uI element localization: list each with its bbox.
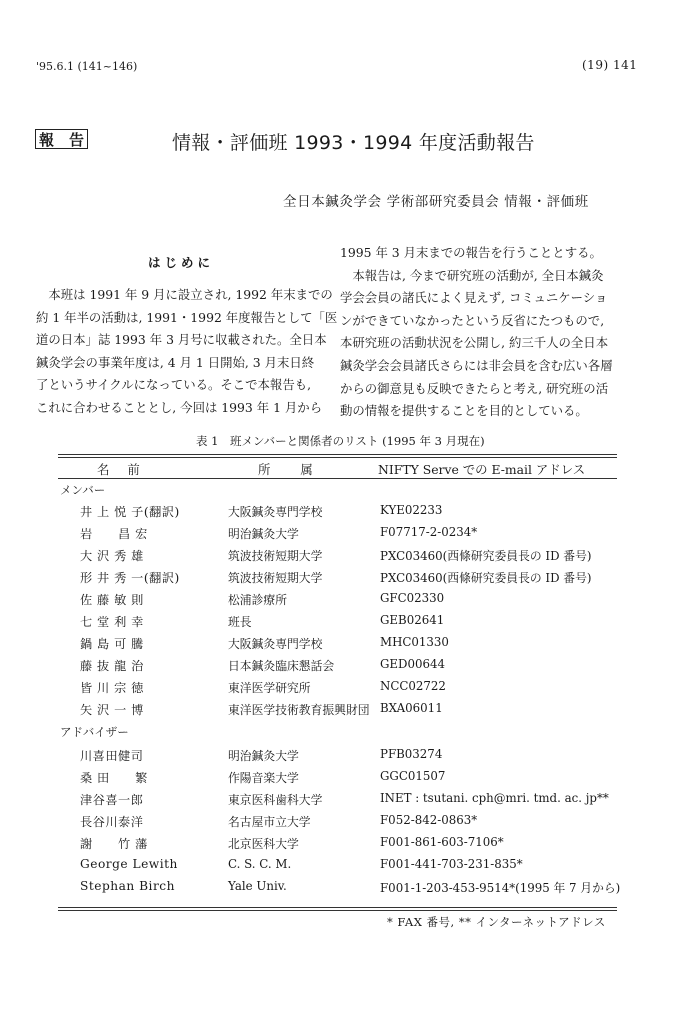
table-footnote: * FAX 番号, ** インターネットアドレス: [387, 914, 606, 930]
member-affiliation: 大阪鍼灸専門学校: [228, 635, 322, 652]
advisor-name: 川喜田健司: [80, 747, 143, 764]
advisor-affiliation: Yale Univ.: [228, 879, 287, 893]
member-affiliation: 日本鍼灸臨床懇話会: [228, 657, 334, 674]
advisor-affiliation: C. S. C. M.: [228, 857, 291, 871]
member-email: F07717-2-0234*: [380, 525, 477, 539]
intro-line: ンができていなかったという反省にたつもので,: [340, 310, 620, 333]
member-affiliation: 東洋医学研究所: [228, 679, 311, 696]
member-email: GEB02641: [380, 613, 444, 627]
member-affiliation: 筑波技術短期大学: [228, 547, 322, 564]
table-top-rule: [58, 457, 617, 458]
intro-line: 約 1 年半の活動は, 1991・1992 年度報告として「医: [36, 307, 326, 330]
member-name: 井 上 悦 子(翻訳): [80, 503, 180, 520]
member-email: NCC02722: [380, 679, 446, 693]
table-bottom-rule: [58, 910, 617, 911]
running-header-left: '95.6.1 (141~146): [36, 60, 137, 73]
table-group-label: アドバイザー: [60, 724, 129, 740]
member-affiliation: 大阪鍼灸専門学校: [228, 503, 322, 520]
table-group-label: メンバー: [60, 482, 105, 498]
intro-line: 了というサイクルになっている。そこで本報告も,: [36, 374, 326, 397]
table-bottom-rule: [58, 907, 617, 908]
member-name: 岩 昌 宏: [80, 525, 148, 542]
member-affiliation: 松浦診療所: [228, 591, 287, 608]
table-row: 七 堂 利 幸 班長 GEB02641: [0, 613, 698, 635]
intro-line: これに合わせることとし, 今回は 1993 年 1 月から: [36, 397, 326, 420]
section-label-char: 報: [39, 129, 54, 150]
advisor-affiliation: 明治鍼灸大学: [228, 747, 299, 764]
member-name: 矢 沢 一 博: [80, 701, 144, 718]
advisor-name: George Lewith: [80, 857, 178, 871]
member-affiliation: 班長: [228, 613, 252, 630]
table-row: 長谷川泰洋 名古屋市立大学 F052-842-0863*: [0, 813, 698, 835]
table-row: George Lewith C. S. C. M. F001-441-703-2…: [0, 857, 698, 879]
advisor-name: Stephan Birch: [80, 879, 175, 893]
member-affiliation: 明治鍼灸大学: [228, 525, 299, 542]
table-row: 佐 藤 敏 則 松浦診療所 GFC02330: [0, 591, 698, 613]
section-label-char: 告: [69, 129, 84, 150]
member-email: GED00644: [380, 657, 445, 671]
advisor-name: 桑 田 繁: [80, 769, 148, 786]
advisor-email: F001-861-603-7106*: [380, 835, 504, 849]
advisor-name: 長谷川泰洋: [80, 813, 143, 830]
member-email: MHC01330: [380, 635, 449, 649]
member-name: 七 堂 利 幸: [80, 613, 144, 630]
member-name: 大 沢 秀 雄: [80, 547, 144, 564]
advisor-email: INET : tsutani. cph@mri. tmd. ac. jp**: [380, 791, 609, 805]
member-affiliation: 東洋医学技術教育振興財団: [228, 701, 370, 718]
table-top-rule: [58, 454, 617, 455]
advisor-affiliation: 名古屋市立大学: [228, 813, 311, 830]
intro-heading: はじめに: [36, 253, 326, 271]
intro-line: 動の情報を提供することを目的としている。: [340, 400, 620, 423]
intro-line: 鍼灸学会の事業年度は, 4 月 1 日開始, 3 月末日終: [36, 352, 326, 375]
advisor-affiliation: 北京医科大学: [228, 835, 299, 852]
intro-line: 本班は 1991 年 9 月に設立され, 1992 年末までの: [36, 284, 326, 307]
advisor-email: GGC01507: [380, 769, 445, 783]
table-row: 津谷喜一郎 東京医科歯科大学 INET : tsutani. cph@mri. …: [0, 791, 698, 813]
intro-text-right-column: 1995 年 3 月末までの報告を行うこととする。 本報告は, 今まで研究班の活…: [340, 242, 620, 423]
member-affiliation: 筑波技術短期大学: [228, 569, 322, 586]
member-name: 藤 抜 龍 治: [80, 657, 144, 674]
intro-line: 学会会員の諸氏によく見えず, コミュニケーショ: [340, 287, 620, 310]
table-caption: 表 1 班メンバーと関係者のリスト (1995 年 3 月現在): [196, 433, 485, 449]
article-authors: 全日本鍼灸学会 学術部研究委員会 情報・評価班: [283, 190, 589, 210]
intro-text-left-column: 本班は 1991 年 9 月に設立され, 1992 年末までの 約 1 年半の活…: [36, 284, 326, 420]
advisor-email: F001-1-203-453-9514*(1995 年 7 月から): [380, 879, 620, 896]
table-header-affiliation: 所属: [258, 460, 343, 478]
section-label-box: 報 告: [35, 129, 88, 149]
advisor-affiliation: 作陽音楽大学: [228, 769, 299, 786]
member-name: 佐 藤 敏 則: [80, 591, 144, 608]
advisor-email: PFB03274: [380, 747, 442, 761]
intro-line: 本報告は, 今まで研究班の活動が, 全日本鍼灸: [340, 265, 620, 288]
table-row: 桑 田 繁 作陽音楽大学 GGC01507: [0, 769, 698, 791]
article-title: 情報・評価班 1993・1994 年度活動報告: [172, 128, 535, 155]
member-email: PXC03460(西條研究委員長の ID 番号): [380, 569, 591, 586]
running-header-page-number: (19) 141: [582, 58, 637, 72]
member-email: BXA06011: [380, 701, 443, 715]
intro-line: からの御意見も反映できたらと考え, 研究班の活: [340, 378, 620, 401]
intro-line: 鍼灸学会会員諸氏さらには非会員を含む広い各層: [340, 355, 620, 378]
table-header-rule: [58, 478, 617, 479]
table-row: 矢 沢 一 博 東洋医学技術教育振興財団 BXA06011: [0, 701, 698, 723]
table-row: 藤 抜 龍 治 日本鍼灸臨床懇話会 GED00644: [0, 657, 698, 679]
member-email: GFC02330: [380, 591, 444, 605]
table-row: 井 上 悦 子(翻訳) 大阪鍼灸専門学校 KYE02233: [0, 503, 698, 525]
member-name: 皆 川 宗 徳: [80, 679, 144, 696]
table-row: 岩 昌 宏 明治鍼灸大学 F07717-2-0234*: [0, 525, 698, 547]
intro-line: 道の日本」誌 1993 年 3 月号に収載された。全日本: [36, 329, 326, 352]
table-row: 形 井 秀 一(翻訳) 筑波技術短期大学 PXC03460(西條研究委員長の I…: [0, 569, 698, 591]
member-email: PXC03460(西條研究委員長の ID 番号): [380, 547, 591, 564]
table-header-name: 名前: [97, 460, 158, 478]
table-row: 川喜田健司 明治鍼灸大学 PFB03274: [0, 747, 698, 769]
intro-line: 本研究班の活動状況を公開し, 約三千人の全日本: [340, 332, 620, 355]
intro-line: 1995 年 3 月末までの報告を行うこととする。: [340, 242, 620, 265]
member-email: KYE02233: [380, 503, 442, 517]
table-row: 皆 川 宗 徳 東洋医学研究所 NCC02722: [0, 679, 698, 701]
advisor-name: 謝 竹 藩: [80, 835, 148, 852]
table-header-email: NIFTY Serve での E-mail アドレス: [378, 460, 585, 478]
member-name: 形 井 秀 一(翻訳): [80, 569, 180, 586]
advisor-affiliation: 東京医科歯科大学: [228, 791, 322, 808]
table-row: 鍋 島 可 騰 大阪鍼灸専門学校 MHC01330: [0, 635, 698, 657]
advisor-email: F052-842-0863*: [380, 813, 477, 827]
advisor-name: 津谷喜一郎: [80, 791, 143, 808]
table-row: 大 沢 秀 雄 筑波技術短期大学 PXC03460(西條研究委員長の ID 番号…: [0, 547, 698, 569]
table-row: Stephan Birch Yale Univ. F001-1-203-453-…: [0, 879, 698, 901]
advisor-email: F001-441-703-231-835*: [380, 857, 523, 871]
table-row: 謝 竹 藩 北京医科大学 F001-861-603-7106*: [0, 835, 698, 857]
member-name: 鍋 島 可 騰: [80, 635, 144, 652]
